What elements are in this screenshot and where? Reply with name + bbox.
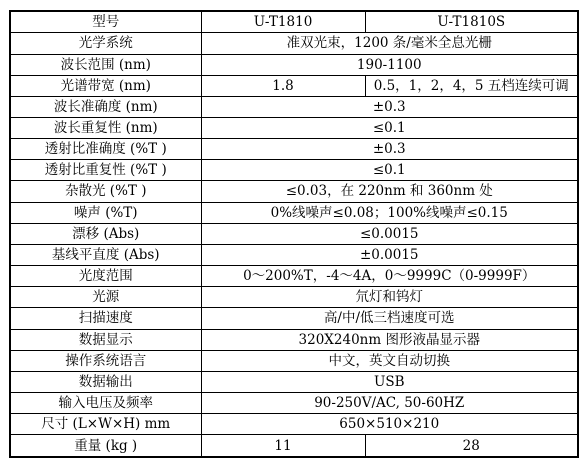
spec-label: 噪声 (%T) — [10, 202, 201, 223]
spec-value: ≤0.0015 — [201, 223, 578, 244]
table-row: 波长范围 (nm)190-1100 — [10, 54, 578, 75]
table-row: 光谱带宽 (nm)1.80.5，1，2，4，5 五档连续可调 — [10, 75, 578, 96]
table-row: 输入电压及频率90-250V/AC, 50-60HZ — [10, 393, 578, 414]
spec-value: 0～200%T，-4～4A，0～9999C（0-9999F） — [201, 266, 578, 287]
spec-value: 28 — [365, 435, 578, 457]
table-row: 波长重复性 (nm)≤0.1 — [10, 117, 578, 138]
spec-value: ≤0.1 — [201, 160, 578, 181]
spec-label: 数据输出 — [10, 371, 201, 392]
spec-label: 波长范围 (nm) — [10, 54, 201, 75]
table-row: 扫描速度高/中/低三档速度可选 — [10, 308, 578, 329]
table-row: 型号U-T1810U-T1810S — [10, 11, 578, 33]
spec-label: 输入电压及频率 — [10, 393, 201, 414]
spec-value: 650×510×210 — [201, 414, 578, 435]
table-row: 漂移 (Abs)≤0.0015 — [10, 223, 578, 244]
spec-label: 光学系统 — [10, 33, 201, 54]
table-row: 基线平直度 (Abs)±0.0015 — [10, 244, 578, 265]
spec-table: 型号U-T1810U-T1810S光学系统准双光束，1200 条/毫米全息光栅波… — [9, 10, 579, 458]
table-row: 光度范围0～200%T，-4～4A，0～9999C（0-9999F） — [10, 266, 578, 287]
spec-value: USB — [201, 371, 578, 392]
table-row: 重量 (kg )1128 — [10, 435, 578, 457]
spec-label: 透射比准确度 (%T ) — [10, 139, 201, 160]
spec-value: ±0.3 — [201, 139, 578, 160]
table-row: 操作系统语言中文，英文自动切换 — [10, 350, 578, 371]
spec-label: 型号 — [10, 11, 201, 33]
page: 型号U-T1810U-T1810S光学系统准双光束，1200 条/毫米全息光栅波… — [0, 0, 586, 466]
spec-label: 漂移 (Abs) — [10, 223, 201, 244]
spec-label: 光源 — [10, 287, 201, 308]
table-row: 光源氘灯和钨灯 — [10, 287, 578, 308]
spec-value: ≤0.03，在 220nm 和 360nm 处 — [201, 181, 578, 202]
spec-value: 190-1100 — [201, 54, 578, 75]
spec-value: 中文，英文自动切换 — [201, 350, 578, 371]
spec-label: 光度范围 — [10, 266, 201, 287]
spec-label: 基线平直度 (Abs) — [10, 244, 201, 265]
spec-value: 准双光束，1200 条/毫米全息光栅 — [201, 33, 578, 54]
table-row: 透射比重复性 (%T )≤0.1 — [10, 160, 578, 181]
spec-label: 扫描速度 — [10, 308, 201, 329]
spec-value: 0%线噪声≤0.08；100%线噪声≤0.15 — [201, 202, 578, 223]
table-row: 数据输出USB — [10, 371, 578, 392]
spec-value: 90-250V/AC, 50-60HZ — [201, 393, 578, 414]
spec-value: 1.8 — [201, 75, 365, 96]
spec-label: 波长准确度 (nm) — [10, 96, 201, 117]
spec-label: 重量 (kg ) — [10, 435, 201, 457]
spec-label: 波长重复性 (nm) — [10, 117, 201, 138]
spec-value: ±0.3 — [201, 96, 578, 117]
spec-label: 光谱带宽 (nm) — [10, 75, 201, 96]
spec-value: 11 — [201, 435, 365, 457]
spec-table-body: 型号U-T1810U-T1810S光学系统准双光束，1200 条/毫米全息光栅波… — [10, 11, 578, 457]
spec-value: 320X240nm 图形液晶显示器 — [201, 329, 578, 350]
table-row: 噪声 (%T)0%线噪声≤0.08；100%线噪声≤0.15 — [10, 202, 578, 223]
spec-value: ±0.0015 — [201, 244, 578, 265]
table-row: 波长准确度 (nm)±0.3 — [10, 96, 578, 117]
spec-value: U-T1810S — [365, 11, 578, 33]
table-row: 杂散光 (%T )≤0.03，在 220nm 和 360nm 处 — [10, 181, 578, 202]
spec-value: U-T1810 — [201, 11, 365, 33]
table-row: 光学系统准双光束，1200 条/毫米全息光栅 — [10, 33, 578, 54]
spec-value: 0.5，1，2，4，5 五档连续可调 — [365, 75, 578, 96]
table-row: 尺寸 (L×W×H) mm650×510×210 — [10, 414, 578, 435]
spec-value: 氘灯和钨灯 — [201, 287, 578, 308]
spec-label: 杂散光 (%T ) — [10, 181, 201, 202]
table-row: 透射比准确度 (%T )±0.3 — [10, 139, 578, 160]
spec-label: 尺寸 (L×W×H) mm — [10, 414, 201, 435]
spec-label: 数据显示 — [10, 329, 201, 350]
table-row: 数据显示320X240nm 图形液晶显示器 — [10, 329, 578, 350]
spec-value: ≤0.1 — [201, 117, 578, 138]
spec-value: 高/中/低三档速度可选 — [201, 308, 578, 329]
spec-label: 操作系统语言 — [10, 350, 201, 371]
spec-label: 透射比重复性 (%T ) — [10, 160, 201, 181]
